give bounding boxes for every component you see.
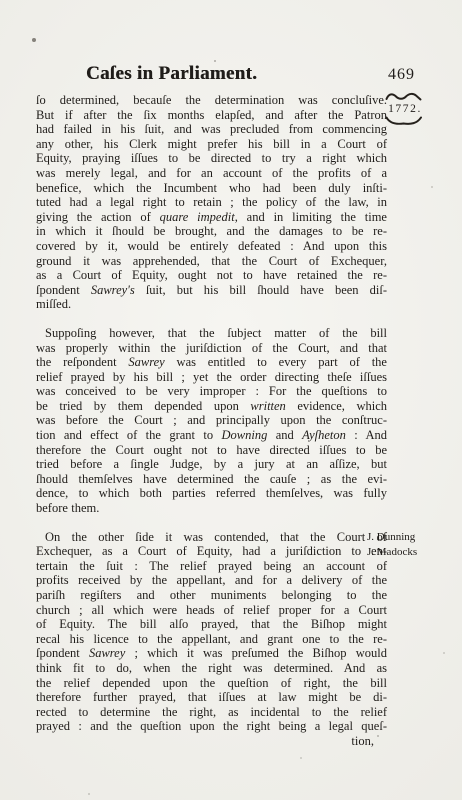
text-line: recal his licence to the appellant, and … <box>36 632 387 647</box>
text-line: covered by it, would be entirely defeate… <box>36 239 387 254</box>
text-line: therefore further prayed, that iſſues at… <box>36 690 387 705</box>
text-line: Exchequer, as a Court of Equity, had a j… <box>36 544 387 559</box>
text-line: tuted had a legal right to retain ; the … <box>36 195 387 210</box>
text-line: any other, his Clerk might prefer his bi… <box>36 137 387 152</box>
catchword-line: tion, <box>36 734 387 749</box>
text-line: pariſh regiſters and other muniments bel… <box>36 588 387 603</box>
text-line: was conceived to be very improper : For … <box>36 384 387 399</box>
text-line: before them. <box>36 501 387 516</box>
text-line: the relief depended upon the queſtion of… <box>36 676 387 691</box>
body-column: ſo determined, becauſe the determination… <box>36 93 387 749</box>
text-line: tried before a ſingle Judge, by a jury a… <box>36 457 387 472</box>
text-line: prayed : and the queſtion upon the right… <box>36 719 387 734</box>
year-brace-top-icon <box>385 91 423 102</box>
text-line: was before the Court ; and principally u… <box>36 413 387 428</box>
text-line: ground it was apprehended, that the Cour… <box>36 254 387 269</box>
paragraph: ſo determined, becauſe the determination… <box>36 93 387 312</box>
text-line: was merely legal, and for an account of … <box>36 166 387 181</box>
text-line: relief prayed by his bill ; yet the orde… <box>36 370 387 385</box>
text-line: profits received by the appellant, and f… <box>36 573 387 588</box>
text-line: miſſed. <box>36 297 387 312</box>
text-line: was properly within the juriſdiction of … <box>36 341 387 356</box>
text-line: dence, to which both parties referred th… <box>36 486 387 501</box>
text-line: of Equity. The bill alſo prayed, that th… <box>36 617 387 632</box>
page-title: Caſes in Parliament. <box>86 63 257 85</box>
text-line: in which it ſhould be brought, and the d… <box>36 224 387 239</box>
text-line: Equity, praying iſſues to be directed to… <box>36 151 387 166</box>
text-line: ſpondent Sawrey's ſuit, but his bill ſho… <box>36 283 387 298</box>
paragraph: Suppoſing however, that the ſubject matt… <box>36 326 387 516</box>
text-line: be tried by them depended upon written e… <box>36 399 387 414</box>
body-text: ſo determined, becauſe the determination… <box>36 93 387 734</box>
text-line: ſhould themſelves have determined the ca… <box>36 472 387 487</box>
text-line: But if after the ſix months elapſed, and… <box>36 108 387 123</box>
text-line: church ; all which were heads of relief … <box>36 603 387 618</box>
year-brace-bottom-icon <box>385 115 423 126</box>
text-line: tertain the ſuit : The relief prayed bei… <box>36 559 387 574</box>
catchword: tion, <box>351 734 374 748</box>
text-line: tion and effect of the grant to Downing … <box>36 428 387 443</box>
text-line: as a Court of Equity, ought not to have … <box>36 268 387 283</box>
book-page: Caſes in Parliament. 469 1772. J. Dunnin… <box>0 0 462 800</box>
paragraph: On the other ſide it was contended, that… <box>36 530 387 734</box>
text-line: think fit to do, when the right was dete… <box>36 661 387 676</box>
text-line: rected to determine the right, as incide… <box>36 705 387 720</box>
text-line: the reſpondent Sawrey was entitled to ev… <box>36 355 387 370</box>
text-line: ſo determined, becauſe the determination… <box>36 93 387 108</box>
text-line: had failed in his ſuit, and was preclude… <box>36 122 387 137</box>
text-line: giving the action of quare impedit, and … <box>36 210 387 225</box>
text-line: therefore the Court ought not to have di… <box>36 443 387 458</box>
page-number: 469 <box>388 66 415 84</box>
text-line: Suppoſing however, that the ſubject matt… <box>36 326 387 341</box>
text-line: On the other ſide it was contended, that… <box>36 530 387 545</box>
text-line: benefice, which the Incumbent who had be… <box>36 181 387 196</box>
text-line: ſpondent Sawrey ; which it was preſumed … <box>36 646 387 661</box>
